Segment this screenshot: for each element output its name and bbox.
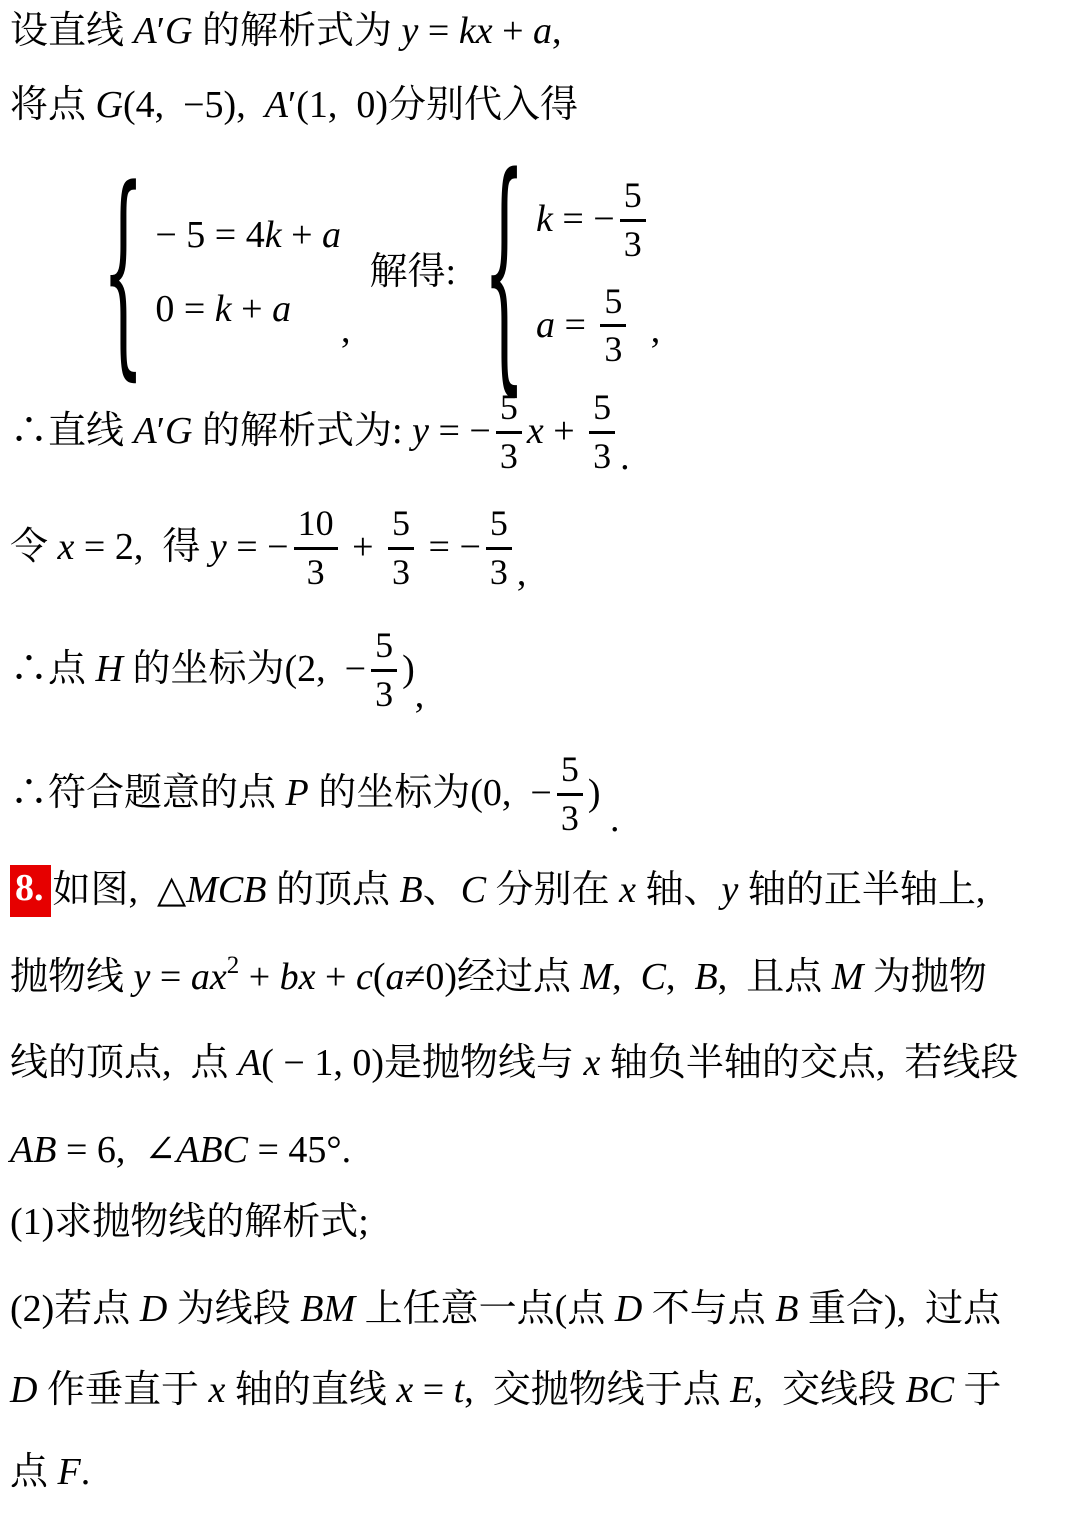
text-segment: 作垂直于 [37, 1368, 208, 1414]
fraction-bar [294, 547, 338, 550]
text-segment: (1)求抛物线的解析式; [10, 1200, 369, 1246]
text-segment: + [239, 955, 279, 1001]
math-variable: BC [905, 1368, 954, 1414]
fraction-bar [486, 547, 512, 550]
fraction: 53 [557, 749, 583, 839]
line-problem8-parabola: 抛物线 y = ax2 + bx + c(a≠0)经过点 M, C, B, 且点… [10, 946, 987, 1010]
math-variable: x [619, 868, 636, 914]
math-variable: k [265, 213, 282, 259]
text-segment: ∴符合题意的点 [10, 771, 286, 817]
text-segment: ′ [157, 9, 165, 55]
fraction-numerator: 5 [496, 387, 522, 428]
fraction: 103 [294, 503, 338, 593]
system-left-brace: { [483, 122, 525, 424]
fraction-bar [620, 219, 646, 222]
text-segment: ( [373, 955, 386, 1001]
baseline-punctuation: , [651, 308, 661, 354]
text-segment: + [343, 525, 383, 571]
math-variable: a [272, 287, 291, 333]
system-row: a = 53 [536, 281, 651, 371]
fraction-denominator: 3 [303, 552, 329, 593]
text-segment: + [493, 9, 533, 55]
math-variable: C [461, 868, 486, 914]
text-segment: , [666, 955, 695, 1001]
fraction-denominator: 3 [496, 436, 522, 477]
text-segment: 上任意一点(点 [355, 1287, 615, 1333]
text-segment: 轴的直线 [225, 1368, 396, 1414]
baseline-punctuation: , [415, 673, 425, 719]
equation-system: {− 5 = 4k + a0 = k + a [85, 201, 341, 345]
text-segment: = 6, ∠ [56, 1128, 176, 1174]
line-evaluate-x2: 令 x = 2, 得 y = −103 + 53 = −53, [10, 498, 526, 598]
math-solution-page: 设直线 A′G 的解析式为 y = kx + a,将点 G(4, −5), A′… [0, 0, 1080, 1528]
text-segment: , 交线段 [753, 1368, 905, 1414]
math-variable: G [96, 83, 123, 129]
text-segment: 不与点 [642, 1287, 775, 1333]
math-variable: A [134, 9, 157, 55]
text-segment: ≠0)经过点 [404, 955, 580, 1001]
fraction-denominator: 3 [557, 798, 583, 839]
line-problem8-part2a: (2)若点 D 为线段 BM 上任意一点(点 D 不与点 B 重合), 过点 [10, 1281, 1001, 1339]
math-variable: E [730, 1368, 753, 1414]
math-variable: A [238, 1041, 261, 1087]
math-variable: D [10, 1368, 37, 1414]
line-problem8-part2b: D 作垂直于 x 轴的直线 x = t, 交抛物线于点 E, 交线段 BC 于 [10, 1362, 1002, 1420]
math-variable: M [832, 955, 864, 1001]
math-variable: B [775, 1287, 798, 1333]
math-variable: F [58, 1450, 81, 1496]
fraction: 53 [371, 625, 397, 715]
fraction-denominator: 3 [600, 329, 626, 370]
fraction: 53 [388, 503, 414, 593]
line-point-P: ∴符合题意的点 P 的坐标为(0, −53) . [10, 742, 619, 846]
math-variable: ax [191, 955, 227, 1001]
text-segment: + [232, 287, 272, 333]
math-variable: A [134, 409, 157, 455]
math-variable: x [583, 1041, 600, 1087]
text-segment: 点 [10, 1450, 58, 1496]
fraction-numerator: 5 [600, 281, 626, 322]
fraction-numerator: 10 [294, 503, 338, 544]
text-segment: (2)若点 [10, 1287, 140, 1333]
math-variable: B [695, 955, 718, 1001]
math-variable: H [96, 647, 123, 693]
fraction-denominator: 3 [620, 224, 646, 265]
text-segment: 轴负半轴的交点, 若线段 [600, 1041, 1018, 1087]
text-segment: ′ [157, 409, 165, 455]
system-rows: − 5 = 4k + a0 = k + a [155, 213, 341, 332]
math-variable: k [215, 287, 232, 333]
math-variable: k [536, 197, 553, 243]
math-variable: bx [280, 955, 316, 1001]
math-variable: c [356, 955, 373, 1001]
math-variable: P [286, 771, 309, 817]
fraction-bar [371, 669, 397, 672]
text-segment: 将点 [10, 83, 96, 129]
text-segment: = [150, 955, 190, 1001]
text-segment: ∴直线 [10, 409, 134, 455]
text-segment: − 5 = 4 [155, 213, 264, 259]
fraction-numerator: 5 [620, 175, 646, 216]
text-segment: , [612, 955, 641, 1001]
fraction-numerator: 5 [557, 749, 583, 790]
text-segment: 线的顶点, 点 [10, 1041, 238, 1087]
math-variable: G [165, 9, 192, 55]
text-segment: 的坐标为(0, − [309, 771, 552, 817]
text-segment: 轴、 [636, 868, 722, 914]
system-rows: k = −53a = 53 [536, 175, 651, 371]
text-segment: , 且点 [718, 955, 832, 1001]
line-problem8-part2c: 点 F. [10, 1444, 90, 1502]
text-segment: = − [553, 197, 615, 243]
text-segment: 为抛物 [863, 955, 987, 1001]
system-row: 0 = k + a [155, 287, 341, 333]
text-segment: 的解析式为 [193, 9, 402, 55]
text-segment: ) [402, 647, 415, 693]
text-segment: 设直线 [10, 9, 134, 55]
fraction-bar [496, 431, 522, 434]
line-equation-system: {− 5 = 4k + a0 = k + a, 解得: {k = −53a = … [85, 148, 660, 398]
line-point-H: ∴点 H 的坐标为(2, −53), [10, 618, 424, 722]
text-segment: 分别在 [486, 868, 619, 914]
math-variable: y [134, 955, 151, 1001]
text-segment: 抛物线 [10, 955, 134, 1001]
math-variable: D [140, 1287, 167, 1333]
text-segment: 令 [10, 525, 58, 571]
problem-number-badge: 8. [10, 865, 51, 917]
fraction-bar [600, 324, 626, 327]
math-variable: BM [300, 1287, 355, 1333]
fraction-denominator: 3 [371, 674, 397, 715]
math-variable: a [322, 213, 341, 259]
text-segment: 于 [954, 1368, 1002, 1414]
fraction: 53 [486, 503, 512, 593]
superscript: 2 [227, 951, 240, 981]
fraction-bar [557, 793, 583, 796]
text-segment: (4, −5), [123, 83, 265, 129]
line-problem8-intro: 8.如图, △MCB 的顶点 B、C 分别在 x 轴、y 轴的正半轴上, [10, 862, 985, 920]
math-variable: x [58, 525, 75, 571]
text-segment: + [316, 955, 356, 1001]
text-segment: 如图, △ [53, 868, 187, 914]
fraction-denominator: 3 [589, 436, 615, 477]
text-segment: = − [419, 525, 481, 571]
math-variable: x [527, 409, 544, 455]
line-problem8-part1: (1)求抛物线的解析式; [10, 1194, 369, 1252]
text-segment: ∴点 [10, 647, 96, 693]
math-variable: kx [459, 9, 493, 55]
math-variable: y [412, 409, 429, 455]
text-segment: , [552, 9, 562, 55]
system-left-brace: { [102, 140, 144, 406]
text-segment: 解得: [370, 250, 466, 296]
text-segment: = 45°. [248, 1128, 351, 1174]
text-segment: = − [429, 409, 491, 455]
text-segment: ) [588, 771, 610, 817]
text-segment: 重合), 过点 [799, 1287, 1002, 1333]
math-variable: a [533, 9, 552, 55]
system-row: k = −53 [536, 175, 651, 265]
text-segment: 为线段 [167, 1287, 300, 1333]
text-segment: . [81, 1450, 91, 1496]
text-segment: + [282, 213, 322, 259]
text-segment: + [544, 409, 584, 455]
math-variable: x [396, 1368, 413, 1414]
math-variable: x [208, 1368, 225, 1414]
text-segment: = − [227, 525, 289, 571]
math-variable: C [641, 955, 666, 1001]
math-variable: A [265, 83, 288, 129]
text-segment: ( − 1, 0)是抛物线与 [261, 1041, 583, 1087]
math-variable: y [402, 9, 419, 55]
line-set-line-equation: 设直线 A′G 的解析式为 y = kx + a, [10, 2, 562, 62]
math-variable: MCB [186, 868, 266, 914]
math-variable: y [721, 868, 738, 914]
fraction-bar [388, 547, 414, 550]
text-segment: 的坐标为(2, − [123, 647, 366, 693]
math-variable: G [165, 409, 192, 455]
line-problem8-vertex: 线的顶点, 点 A( − 1, 0)是抛物线与 x 轴负半轴的交点, 若线段 [10, 1035, 1018, 1093]
baseline-punctuation: , [517, 551, 527, 597]
line-problem8-conditions: AB = 6, ∠ABC = 45°. [10, 1122, 351, 1180]
fraction: 53 [589, 387, 615, 477]
equation-system: {k = −53a = 53 [466, 175, 651, 371]
text-segment: = [418, 9, 458, 55]
math-variable: y [210, 525, 227, 571]
text-segment: = 2, 得 [74, 525, 209, 571]
fraction-numerator: 5 [589, 387, 615, 428]
system-row: − 5 = 4k + a [155, 213, 341, 259]
math-variable: ABC [176, 1128, 248, 1174]
math-variable: a [385, 955, 404, 1001]
math-variable: B [399, 868, 422, 914]
fraction-bar [589, 431, 615, 434]
math-variable: t [454, 1368, 465, 1414]
math-variable: a [536, 303, 555, 349]
baseline-punctuation: . [610, 797, 620, 843]
text-segment: 轴的正半轴上, [738, 868, 985, 914]
text-segment: , 交抛物线于点 [464, 1368, 730, 1414]
fraction-denominator: 3 [486, 552, 512, 593]
line-line-equation-result: ∴直线 A′G 的解析式为: y = −53x + 53. [10, 382, 630, 482]
fraction-denominator: 3 [388, 552, 414, 593]
fraction-numerator: 5 [371, 625, 397, 666]
math-variable: AB [10, 1128, 56, 1174]
fraction: 53 [496, 387, 522, 477]
text-segment: 的解析式为: [193, 409, 413, 455]
math-variable: M [581, 955, 613, 1001]
text-segment: 的顶点 [266, 868, 399, 914]
text-segment: = [555, 303, 595, 349]
fraction: 53 [600, 281, 626, 371]
fraction-numerator: 5 [486, 503, 512, 544]
text-segment: = [413, 1368, 453, 1414]
baseline-punctuation: . [620, 435, 630, 481]
math-variable: D [615, 1287, 642, 1333]
fraction-numerator: 5 [388, 503, 414, 544]
text-segment: ′(1, 0)分别代入得 [288, 83, 578, 129]
baseline-punctuation: , [341, 308, 370, 354]
fraction: 53 [620, 175, 646, 265]
text-segment: 0 = [155, 287, 214, 333]
text-segment: 、 [423, 868, 461, 914]
